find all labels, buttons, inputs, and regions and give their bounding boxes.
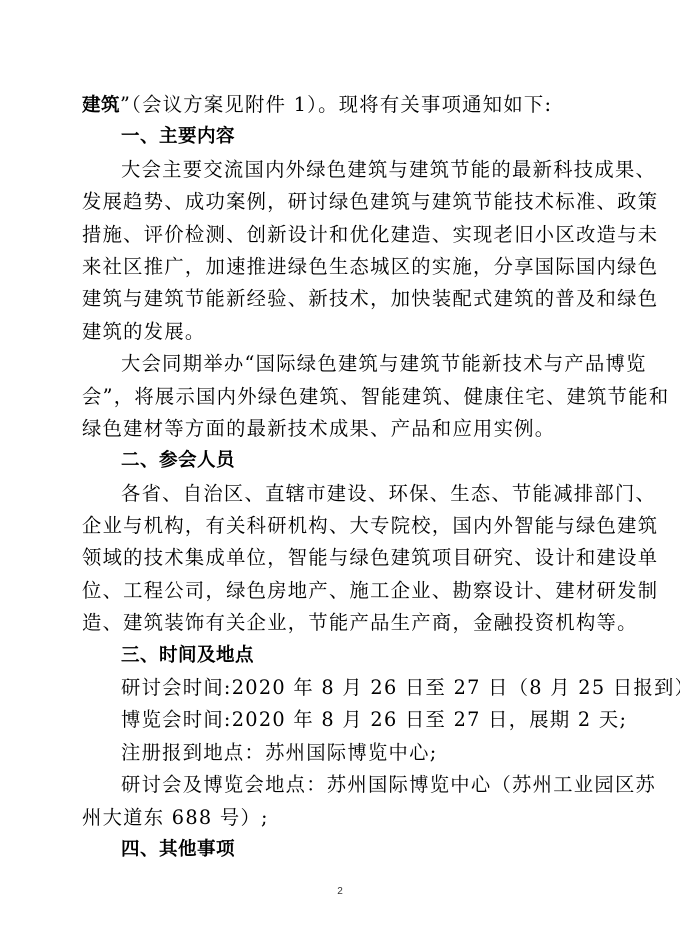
paragraph-main-content-1: 大会主要交流国内外绿色建筑与建筑节能的最新科技成果、 发展趋势、成功案例，研讨绿… [82, 154, 602, 348]
text-line: 大会同期举办“国际绿色建筑与建筑节能新技术与产品博览 [82, 348, 602, 380]
section-heading-attendees: 二、参会人员 [82, 445, 602, 477]
expo-time: 博览会时间:2020 年 8 月 26 日至 27 日，展期 2 天; [82, 704, 602, 736]
page-number: 2 [0, 886, 680, 897]
text-line: 各省、自治区、直辖市建设、环保、生态、节能减排部门、 [82, 478, 602, 510]
section-heading-main-content: 一、主要内容 [82, 121, 602, 153]
venue-location: 研讨会及博览会地点：苏州国际博览中心（苏州工业园区苏 [82, 769, 602, 801]
intro-bold-lead: 建筑 [82, 95, 120, 116]
venue-location-cont: 州大道东 688 号）; [82, 802, 602, 834]
text-line: 绿色建材等方面的最新技术成果、产品和应用实例。 [82, 413, 602, 445]
seminar-time: 研讨会时间:2020 年 8 月 26 日至 27 日（8 月 25 日报到）; [82, 672, 602, 704]
paragraph-main-content-2: 大会同期举办“国际绿色建筑与建筑节能新技术与产品博览 会”，将展示国内外绿色建筑… [82, 348, 602, 445]
text-line: 大会主要交流国内外绿色建筑与建筑节能的最新科技成果、 [82, 154, 602, 186]
text-line: 造、建筑装饰有关企业，节能产品生产商，金融投资机构等。 [82, 607, 602, 639]
text-line: 建筑的发展。 [82, 316, 602, 348]
text-line: 建筑与建筑节能新经验、新技术，加快装配式建筑的普及和绿色 [82, 283, 602, 315]
intro-text: ”（会议方案见附件 1）。现将有关事项通知如下: [120, 93, 552, 116]
text-line: 发展趋势、成功案例，研讨绿色建筑与建筑节能技术标准、政策 [82, 186, 602, 218]
section-heading-other-matters: 四、其他事项 [82, 834, 602, 866]
text-line: 领域的技术集成单位，智能与绿色建筑项目研究、设计和建设单 [82, 542, 602, 574]
document-page: 建筑”（会议方案见附件 1）。现将有关事项通知如下: 一、主要内容 大会主要交流… [82, 89, 602, 866]
text-line: 措施、评价检测、创新设计和优化建造、实现老旧小区改造与未 [82, 219, 602, 251]
text-line: 企业与机构，有关科研机构、大专院校，国内外智能与绿色建筑 [82, 510, 602, 542]
registration-location: 注册报到地点：苏州国际博览中心; [82, 737, 602, 769]
text-line: 来社区推广，加速推进绿色生态城区的实施，分享国际国内绿色 [82, 251, 602, 283]
intro-line: 建筑”（会议方案见附件 1）。现将有关事项通知如下: [82, 89, 602, 121]
text-line: 位、工程公司，绿色房地产、施工企业、勘察设计、建材研发制 [82, 575, 602, 607]
text-line: 会”，将展示国内外绿色建筑、智能建筑、健康住宅、建筑节能和 [82, 381, 602, 413]
paragraph-attendees: 各省、自治区、直辖市建设、环保、生态、节能减排部门、 企业与机构，有关科研机构、… [82, 478, 602, 640]
section-heading-time-location: 三、时间及地点 [82, 640, 602, 672]
